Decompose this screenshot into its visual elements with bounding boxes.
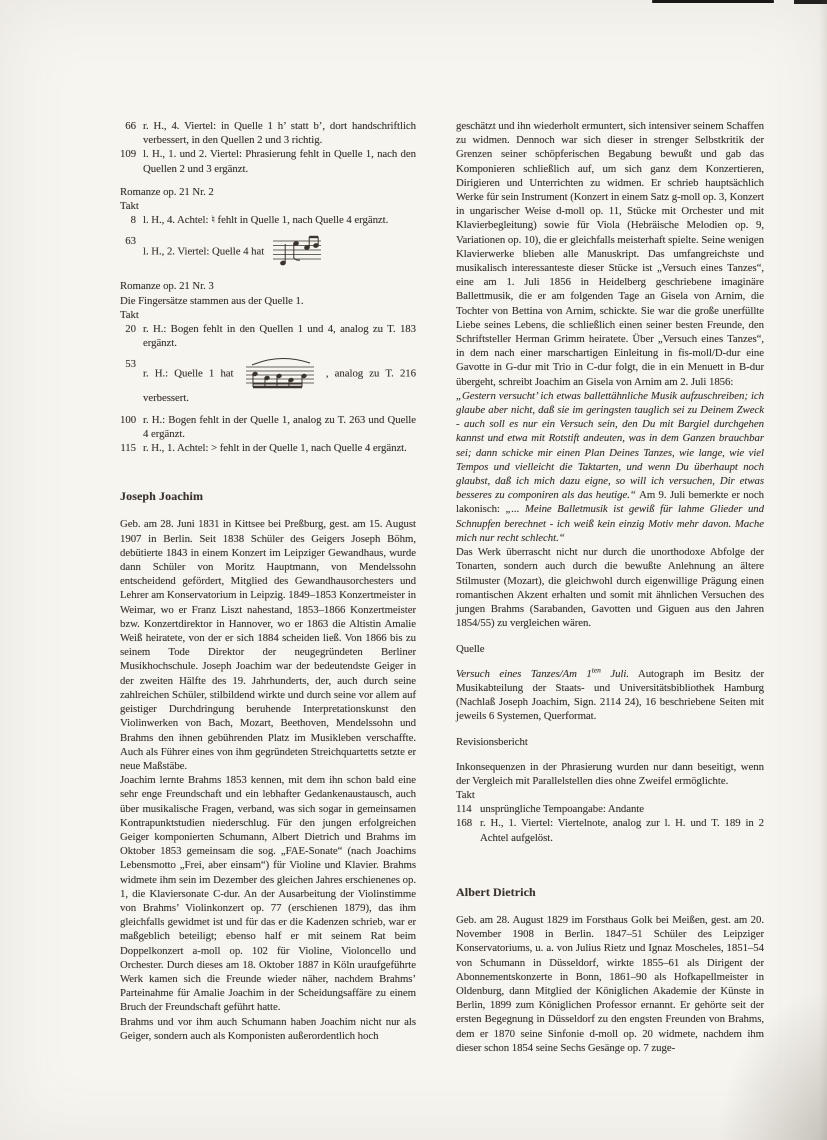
takt-entry: 8 l. H., 4. Achtel: ♮ fehlt in Quelle 1,… (120, 213, 416, 227)
takt-entry-text: l. H., 2. Viertel: Quelle 4 hat (143, 234, 416, 270)
heading-revisionsbericht: Revisionsbericht (456, 735, 764, 749)
scanned-book-page: 66 r. H., 4. Viertel: in Quelle 1 h’ sta… (0, 0, 827, 1140)
takt-number: 66 (120, 119, 143, 147)
takt-entry-text: r. H.: Bogen fehlt in der Quelle 1, anal… (143, 413, 416, 441)
takt-entry: 168 r. H., 1. Viertel: Viertelnote, anal… (456, 816, 764, 844)
left-column: 66 r. H., 4. Viertel: in Quelle 1 h’ sta… (120, 119, 416, 1043)
takt-entry-text: r. H.: Quelle 1 hat (143, 357, 416, 405)
takt-number: 63 (120, 234, 143, 248)
takt-entry-text: l. H., 4. Achtel: ♮ fehlt in Quelle 1, n… (143, 213, 416, 227)
takt-entry-text: r. H.: Bogen fehlt in den Quellen 1 und … (143, 322, 416, 350)
takt-number: 168 (456, 816, 480, 844)
heading-albert-dietrich: Albert Dietrich (456, 885, 764, 899)
takt-entry: 63 l. H., 2. Viertel: Quelle 4 hat (120, 234, 416, 270)
takt-entry-text: r. H., 1. Viertel: Viertelnote, analog z… (480, 816, 764, 844)
joachim-letter-quote: „Gestern versucht’ ich etwas ballettähnl… (456, 389, 764, 545)
takt-number: 115 (120, 441, 143, 455)
scan-artifact-line (652, 0, 774, 3)
takt-number: 109 (120, 147, 143, 175)
right-column: geschätzt und ihn wiederholt ermuntert, … (456, 119, 764, 1055)
joachim-bio-paragraph-2: Joachim lernte Brahms 1853 kennen, mit d… (120, 773, 416, 1014)
quote-italic-part-1: „Gestern versucht’ ich etwas ballettähnl… (456, 390, 764, 501)
takt-entry-text: r. H., 4. Viertel: in Quelle 1 h’ statt … (143, 119, 416, 147)
takt-entry: 53 r. H.: Quelle 1 hat (120, 357, 416, 405)
revision-intro: Inkonsequenzen in der Phrasierung wurden… (456, 760, 764, 788)
takt-column-label: Takt (120, 308, 416, 322)
quelle-description: Versuch eines Tanzes/Am 1ten Juli. Autog… (456, 667, 764, 724)
takt-number: 20 (120, 322, 143, 350)
section-title-romanze-2: Romanze op. 21 Nr. 2 (120, 185, 416, 199)
joachim-bio-paragraph-3: Brahms und vor ihm auch Schumann haben J… (120, 1015, 416, 1043)
takt-number: 114 (456, 802, 480, 816)
takt-column-label: Takt (120, 199, 416, 213)
section-title-romanze-3: Romanze op. 21 Nr. 3 (120, 279, 416, 293)
takt-entry: 115 r. H., 1. Achtel: > fehlt in der Que… (120, 441, 416, 455)
werk-commentary-paragraph: Das Werk überrascht nicht nur durch die … (456, 545, 764, 630)
takt-number: 53 (120, 357, 143, 371)
takt-entry-text: unsprüngliche Tempoangabe: Andante (480, 802, 764, 816)
superscript-ten: ten (592, 665, 601, 674)
takt-entry: 20 r. H.: Bogen fehlt in den Quellen 1 u… (120, 322, 416, 350)
takt-entry-text: r. H., 1. Achtel: > fehlt in der Quelle … (143, 441, 416, 455)
heading-joseph-joachim: Joseph Joachim (120, 489, 416, 503)
takt-entry-text: l. H., 1. und 2. Viertel: Phrasierung fe… (143, 147, 416, 175)
takt-entry: 66 r. H., 4. Viertel: in Quelle 1 h’ sta… (120, 119, 416, 147)
takt-entry: 109 l. H., 1. und 2. Viertel: Phrasierun… (120, 147, 416, 175)
scan-edge-shade (819, 0, 827, 1140)
heading-quelle: Quelle (456, 642, 764, 656)
dietrich-bio-paragraph: Geb. am 28. August 1829 im Forsthaus Gol… (456, 913, 764, 1055)
music-example-icon (269, 234, 325, 270)
joachim-bio-paragraph-1: Geb. am 28. Juni 1831 in Kittsee bei Pre… (120, 517, 416, 773)
takt-entry: 100 r. H.: Bogen fehlt in der Quelle 1, … (120, 413, 416, 441)
fingering-note: Die Fingersätze stammen aus der Quelle 1… (120, 294, 416, 308)
takt-column-label: Takt (456, 788, 764, 802)
takt-number: 8 (120, 213, 143, 227)
takt-number: 100 (120, 413, 143, 441)
music-example-icon (242, 357, 318, 391)
joachim-bio-continuation: geschätzt und ihn wiederholt ermuntert, … (456, 119, 764, 389)
takt-entry: 114 unsprüngliche Tempoangabe: Andante (456, 802, 764, 816)
